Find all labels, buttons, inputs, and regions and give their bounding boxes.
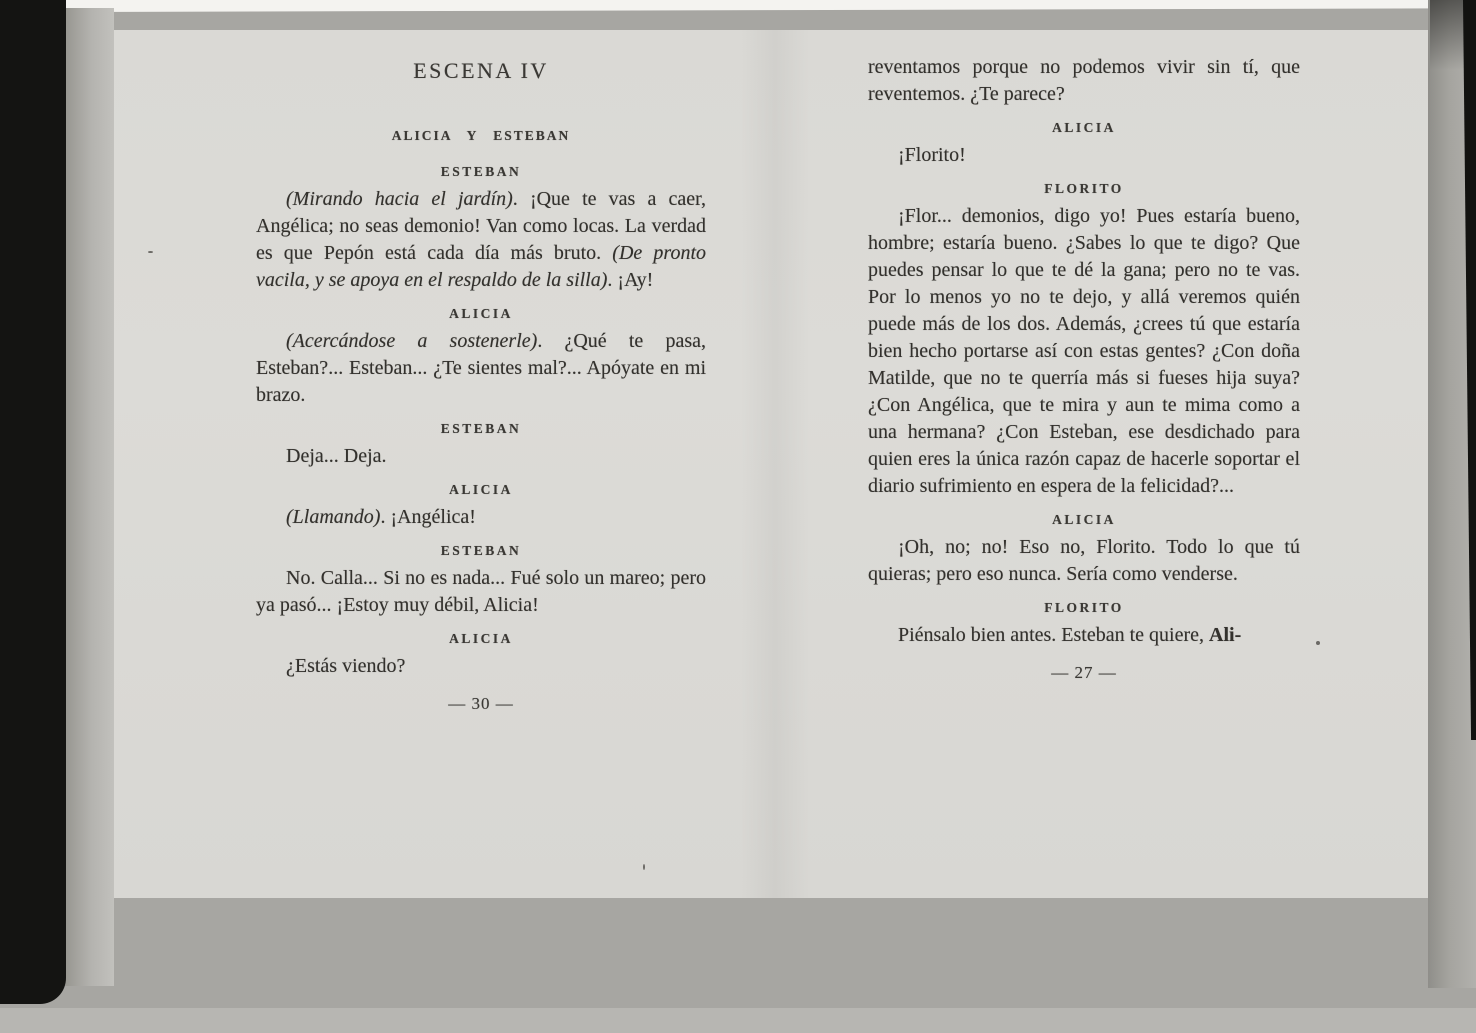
speaker-heading-alicia: ALICIA [256, 482, 706, 498]
speaker-heading-florito: FLORITO [868, 600, 1300, 616]
scan-speck [643, 864, 645, 870]
continuation-paragraph: reventamos porque no podemos vivir sin t… [868, 54, 1300, 108]
speaker-heading-alicia: ALICIA [868, 120, 1300, 136]
book-gutter-shadow [740, 30, 810, 898]
speech-paragraph: (Llamando). ¡Angélica! [256, 504, 706, 531]
speaker-heading-esteban: ESTEBAN [256, 164, 706, 180]
speech-paragraph: Piénsalo bien antes. Esteban te quiere, … [868, 622, 1300, 649]
cast-heading: ALICIA Y ESTEBAN [256, 128, 706, 144]
speech-paragraph: ¿Estás viendo? [256, 653, 706, 680]
speaker-heading-florito: FLORITO [868, 181, 1300, 197]
scene-title: ESCENA IV [256, 58, 706, 84]
left-page-column: ESCENA IV ALICIA Y ESTEBAN ESTEBAN (Mira… [256, 58, 706, 714]
speech-paragraph: (Acercándose a sostenerle). ¿Qué te pasa… [256, 328, 706, 409]
speaker-heading-alicia: ALICIA [256, 631, 706, 647]
scanner-top-strip [60, 0, 1435, 12]
speech-paragraph: ¡Florito! [868, 142, 1300, 169]
page-number-left: — 30 — [256, 694, 706, 714]
left-page-edge [64, 8, 114, 986]
scan-speck [148, 251, 153, 253]
right-page-column: reventamos porque no podemos vivir sin t… [868, 54, 1300, 683]
scan-speck [1316, 641, 1320, 645]
speech-paragraph: ¡Oh, no; no! Eso no, Florito. Todo lo qu… [868, 534, 1300, 588]
speech-paragraph: (Mirando hacia el jardín). ¡Que te vas a… [256, 186, 706, 294]
speech-paragraph: Deja... Deja. [256, 443, 706, 470]
left-scan-edge [0, 0, 66, 1004]
bottom-margin [0, 1008, 1476, 1033]
speech-paragraph: ¡Flor... demonios, digo yo! Pues estaría… [868, 203, 1300, 500]
page-number-right: — 27 — [868, 663, 1300, 683]
book-scan: ESCENA IV ALICIA Y ESTEBAN ESTEBAN (Mira… [0, 0, 1476, 1033]
speaker-heading-esteban: ESTEBAN [256, 421, 706, 437]
speech-paragraph: No. Calla... Si no es nada... Fué solo u… [256, 565, 706, 619]
speaker-heading-alicia: ALICIA [256, 306, 706, 322]
speaker-heading-alicia: ALICIA [868, 512, 1300, 528]
bottom-page-edges [0, 938, 1476, 1014]
speaker-heading-esteban: ESTEBAN [256, 543, 706, 559]
